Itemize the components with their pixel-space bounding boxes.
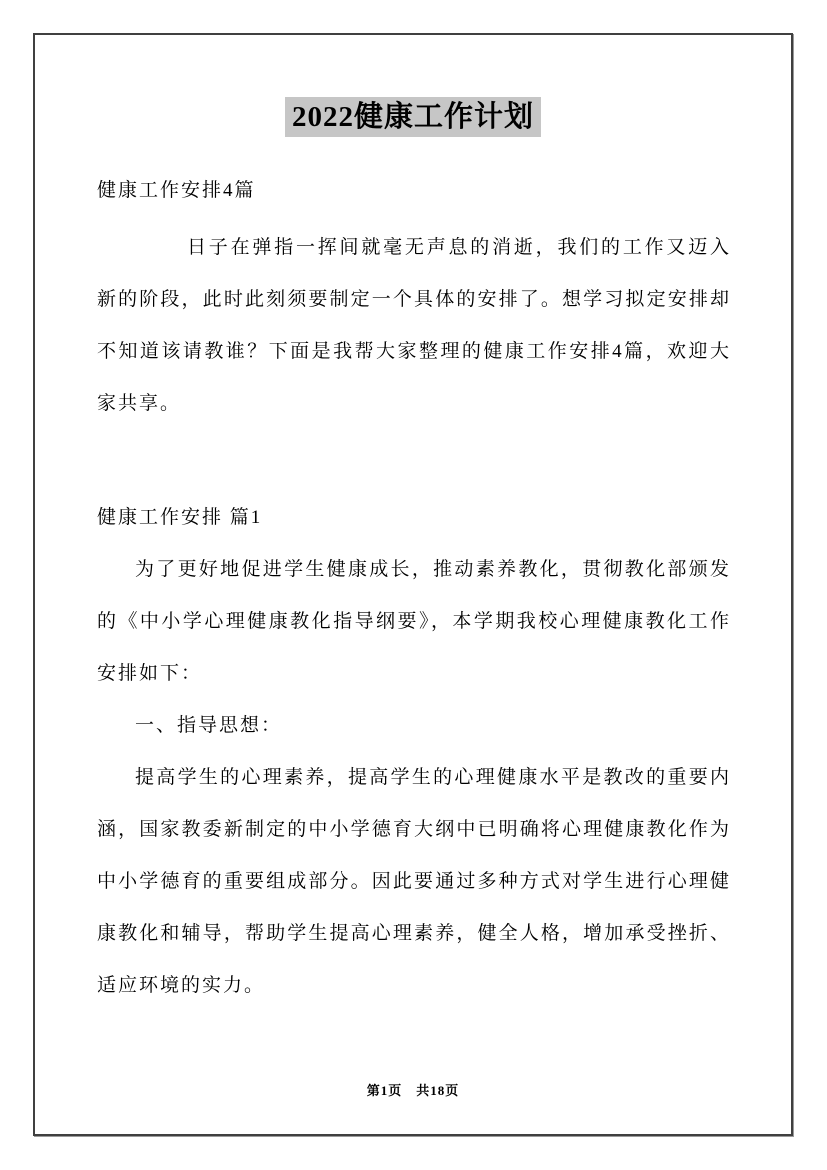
section-1-paragraph-3: 提高学生的心理素养，提高学生的心理健康水平是教改的重要内涵，国家教委新制定的中小… (97, 752, 731, 1012)
page-footer: 第1页共18页 (33, 1082, 793, 1100)
section-1-heading: 健康工作安排 篇1 (97, 492, 731, 544)
footer-total-pages: 共18页 (416, 1083, 459, 1098)
section-1-paragraph-1: 为了更好地促进学生健康成长，推动素养教化，贯彻教化部颁发的《中小学心理健康教化指… (97, 544, 731, 700)
section-1: 健康工作安排 篇1 为了更好地促进学生健康成长，推动素养教化，贯彻教化部颁发的《… (97, 492, 731, 1012)
section-1-paragraph-2: 一、指导思想： (97, 700, 731, 752)
intro-paragraph: 日子在弹指一挥间就毫无声息的消逝，我们的工作又迈入新的阶段，此时此刻须要制定一个… (97, 222, 731, 430)
document-title: 2022健康工作计划 (285, 97, 541, 137)
title-row: 2022健康工作计划 (33, 97, 793, 137)
document-subtitle: 健康工作安排4篇 (97, 176, 731, 206)
footer-current-page: 第1页 (367, 1083, 403, 1098)
